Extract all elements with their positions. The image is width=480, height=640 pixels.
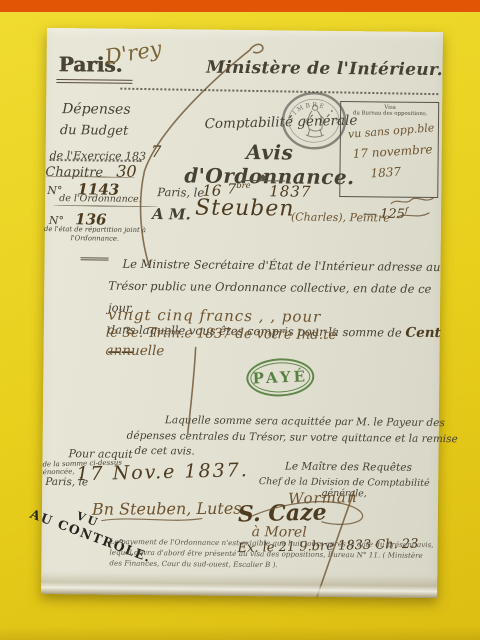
acquit-date-hand: 17 Nov.e 1837. [76,459,249,485]
visa-signature-squiggle [391,198,433,204]
clause-line2: dépenses centrales du Trésor, sur votre … [127,430,458,445]
recipient-amount-value: — 125 [363,207,405,222]
visa-hand-line1: vu sans opp.ble [348,121,435,141]
chapitre-value: 30 [116,162,137,181]
bottom-shade [0,626,480,640]
document-paper: Paris. D'rey Ministère de l'Intérieur. D… [41,28,443,598]
amount-hand-line2: le 3e. Trim.e 1837 de votre Ind.té [106,325,337,343]
visa-box: Visa du Bureau des oppositions. vu sans … [339,101,439,198]
footnote: Le payement de l'Ordonnance n'est exigib… [109,537,441,573]
visa-hand-line3: 1837 [370,165,401,181]
photo-scene: Paris. D'rey Ministère de l'Intérieur. D… [0,0,480,640]
clause-line1: Laquelle somme sera acquittée par M. le … [165,414,445,429]
ministry-title: Ministère de l'Intérieur. [204,58,444,81]
ordonnance-caption: de l'Ordonnance. [59,193,142,205]
ordonnance-rule [53,205,158,207]
recipient-amount-unit: f [405,206,408,215]
officer-title-line1: Le Maître des Requêtes [262,460,434,474]
top-border-strip [0,0,480,12]
margin-depenses: Dépenses [62,101,131,118]
visa-caption-line2: du Bureau des oppositions. [342,110,438,117]
amount-hand-line1: vingt cinq francs , , pour [108,306,321,326]
paraph-annotation: D'rey [103,36,163,69]
pen-stroke-hook [250,44,263,53]
acquit-signature: Bn Steuben, Lutes [92,499,242,519]
repartition-caption-line2: l'Ordonnance. [39,234,151,244]
repartition-rule [81,257,109,260]
margin-chapitre: Chapitre 30 [45,161,136,181]
margin-budget: du Budget [60,123,128,139]
exercice-year-hand: 7 [151,142,161,161]
paye-stamp-label: PAYÉ [252,367,308,387]
recipient-amount: — 125f [363,205,408,222]
dateline-month-sup: bre [236,180,250,190]
clause-line3: de cet avis. [134,445,194,458]
visa-caption: Visa du Bureau des oppositions. [342,104,438,117]
recipient-name: Steuben [195,196,295,222]
recipient-printed: A M. [152,205,191,223]
amount-hand-line3: annuelle [106,343,165,360]
repartition-caption: de l'état de répartition joint à l'Ordon… [39,225,151,244]
visa-hand-line2: 17 novembre [352,142,433,161]
